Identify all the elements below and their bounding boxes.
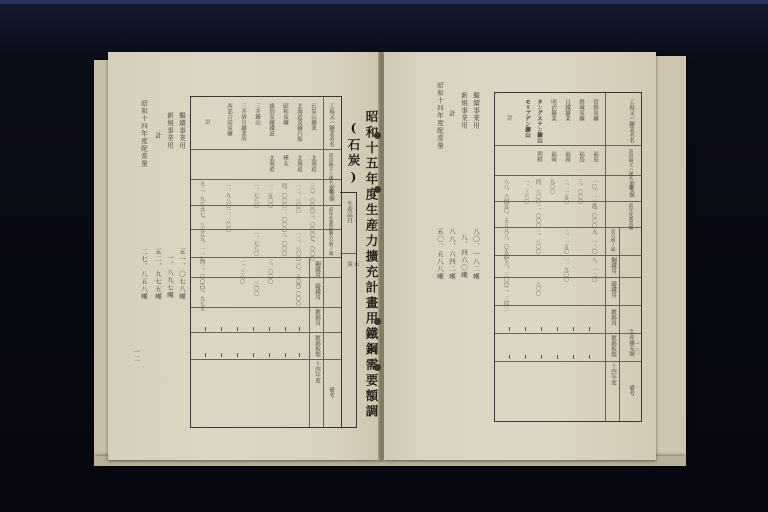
header-prev-alloc: 前年度割當額 xyxy=(627,203,634,230)
header-company: 工場又ハ鑛業者名 xyxy=(627,99,634,143)
cell-steel: 一、九〇〇 xyxy=(563,257,570,282)
summary-value-new: 一、八九七噸 xyxy=(166,254,175,299)
binding-hole xyxy=(374,132,381,139)
summary-value-total: 五二、九七五噸 xyxy=(154,248,163,301)
cell-cast-total: 一二、三四二 xyxy=(503,281,510,311)
cell-demand: 四、八〇〇 xyxy=(535,179,542,204)
product-column: 生産品目 石炭 xyxy=(340,192,357,428)
cell-diff: 一七、〇〇〇 xyxy=(309,231,316,261)
row-company: 磐城炭礦 xyxy=(577,99,584,121)
row-region: 福岡 xyxy=(549,151,556,162)
cell-demand: 一、五〇〇 xyxy=(267,183,274,208)
row-company: 計 xyxy=(505,115,512,121)
row-region: 朝鮮 xyxy=(535,151,542,162)
cell-cast: 八、〇〇〇 xyxy=(295,281,302,306)
summary-label-prev-year: 昭和十四年度配當量 xyxy=(140,100,149,168)
row-company: 常磐炭礦 xyxy=(591,99,598,121)
header-fy14: 十四年度 xyxy=(313,361,320,383)
row-company: 計 xyxy=(203,119,210,125)
cell-demand: 一二、八〇〇 xyxy=(295,183,302,213)
header-misc: 鍍錫板類 xyxy=(609,335,616,357)
cell-demand: 三、〇〇〇 xyxy=(577,179,584,204)
cell-diff: 三、八〇〇 xyxy=(535,229,542,254)
summary-label-new: 新規事業用 xyxy=(460,92,469,130)
right-page: 繼續事業用 新規事業用 計 昭和十四年度配當量 八〇、一八二噸 八、四六〇噸 八… xyxy=(384,52,656,460)
summary-value-prev-year: 二七、八五八噸 xyxy=(140,248,149,301)
row-company: 雄別炭礦鐵道 xyxy=(267,103,274,136)
row-company: 明治鑛業 xyxy=(549,99,556,121)
header-tin: 鍍錫用 xyxy=(313,309,320,326)
cell-demand: 九〇〇 xyxy=(549,179,556,194)
cell-steel: 三、〇〇〇 xyxy=(267,259,274,284)
row-region: 北海道 xyxy=(295,155,302,172)
cell-diff: 五、一二〇 xyxy=(591,229,598,254)
row-region: 福島 xyxy=(591,151,598,162)
cell-steel: 八、一二〇 xyxy=(591,257,598,282)
header-steel: 鋼鐵用 xyxy=(609,257,616,274)
header-demand: 需要額 xyxy=(627,181,634,198)
summary-label-prev-year: 昭和十四年度配當量 xyxy=(436,82,445,150)
cell-diff-total: 三八、〇五四 xyxy=(503,229,510,259)
summary-label-continuing: 繼續事業用 xyxy=(178,112,187,150)
header-prev-alloc: 前年度割當額 xyxy=(327,207,334,234)
cell-cast-total: 一〇、九七五 xyxy=(199,281,206,311)
summary-label-total: 計 xyxy=(448,110,457,118)
cell-demand: 二、一五〇 xyxy=(563,179,570,204)
header-cast: 鑄鐵用 xyxy=(313,283,320,300)
cell-prev: 一、〇〇〇 xyxy=(281,207,288,232)
row-region: 北海道 xyxy=(267,155,274,172)
header-company: 工場又ハ鑛業者名 xyxy=(327,103,334,147)
row-company: 西部合同炭礦 xyxy=(225,103,232,136)
header-remarks: 備考 xyxy=(627,385,634,396)
header-fy14: 十四年度 xyxy=(609,363,616,385)
header-remarks: 備考 xyxy=(327,387,334,398)
row-company: モリブデン鑛山 xyxy=(523,99,530,138)
header-diff: 差引増ノ減 xyxy=(327,233,334,256)
cell-diff-total: 二五、一一七 xyxy=(199,231,206,261)
title-text: 昭和十五年度生産力擴充計畫用鐵鋼需要額調 xyxy=(364,110,379,420)
cell-cast: 三〇〇 xyxy=(253,281,260,296)
cell-diff: 三、〇〇〇 xyxy=(281,231,288,256)
row-company: 日鐵鑛業 xyxy=(563,99,570,121)
cell-prev: 一、二〇〇 xyxy=(225,207,232,232)
cell-diff: 一二、八〇〇 xyxy=(295,231,302,261)
summary-value-prev-year: 五〇、五八八噸 xyxy=(436,228,445,281)
header-expansion: 生産擴充額 xyxy=(627,329,634,357)
product-value: 石炭 xyxy=(345,261,359,427)
summary-value-new: 八、四六〇噸 xyxy=(460,234,469,279)
cell-demand: 一、七八〇 xyxy=(253,183,260,208)
summary-value-continuing: 五一、〇七八噸 xyxy=(178,248,187,301)
cell-cast: 八〇〇 xyxy=(535,281,542,296)
header-diff: 差引増ノ減 xyxy=(609,229,616,252)
row-region: 北海道 xyxy=(309,155,316,172)
row-company: 三井砂川鑛業所 xyxy=(239,103,246,142)
row-company: 石炭山鑛業 xyxy=(309,103,316,131)
binding-hole xyxy=(374,186,381,193)
header-cast: 鑄鐵用 xyxy=(609,281,616,298)
row-company: 昭和炭礦 xyxy=(281,103,288,125)
left-page: 昭和十五年度生産力擴充計畫用鐵鋼需要額調 (石炭) 繼續事業用 新規事業用 計 … xyxy=(108,52,380,460)
row-region: 福岡 xyxy=(563,151,570,162)
cell-demand: 一、九八〇 xyxy=(225,183,232,208)
cell-diff: 一、七八〇 xyxy=(253,231,260,256)
background-top-edge xyxy=(0,0,768,4)
demand-table-left: 工場又ハ鑛業者名 道府縣又ハ國名ノ別 需要額 前年度割當額 差引増ノ減 鋼鐵用 … xyxy=(190,96,342,428)
cell-prev: 五、〇〇〇 xyxy=(591,203,598,228)
header-demand: 需要額 xyxy=(327,185,334,202)
binding-hole xyxy=(374,364,381,371)
cell-demand: 四、〇〇〇 xyxy=(281,183,288,208)
summary-label-total: 計 xyxy=(154,132,163,140)
row-region: 樺太 xyxy=(281,155,288,166)
row-company: 三井鑛山 xyxy=(253,103,260,125)
row-region: 福島 xyxy=(577,151,584,162)
cell-prev: 一、〇〇〇 xyxy=(535,203,542,228)
row-company: タングステン鑛山 xyxy=(535,99,542,143)
summary-label-new: 新規事業用 xyxy=(166,112,175,150)
summary-value-continuing: 八〇、一八二噸 xyxy=(472,228,481,281)
cell-steel: 一、三八〇 xyxy=(239,259,246,284)
demand-table-right: 工場又ハ鑛業者名 道府縣又ハ國名ノ別 需要額 前年度割當額 差引増ノ減 鋼鐵用 … xyxy=(494,92,642,422)
cell-diff: 二、一五〇 xyxy=(563,229,570,254)
row-company: 北海道炭礦汽船 xyxy=(295,103,302,142)
header-tin: 鍍錫用 xyxy=(609,309,616,326)
title-suffix: (石炭) xyxy=(344,120,362,187)
summary-label-continuing: 繼續事業用 xyxy=(472,92,481,130)
header-steel: 鋼鐵用 xyxy=(313,261,320,278)
header-misc: 鍍錫板類 xyxy=(313,335,320,357)
summary-value-total: 八八、六四二噸 xyxy=(448,228,457,281)
page-number: 一二 xyxy=(132,348,141,363)
binding-hole xyxy=(374,318,381,325)
product-label: 生産品目 xyxy=(345,201,352,223)
cell-demand: 一、三六〇 xyxy=(523,179,530,204)
